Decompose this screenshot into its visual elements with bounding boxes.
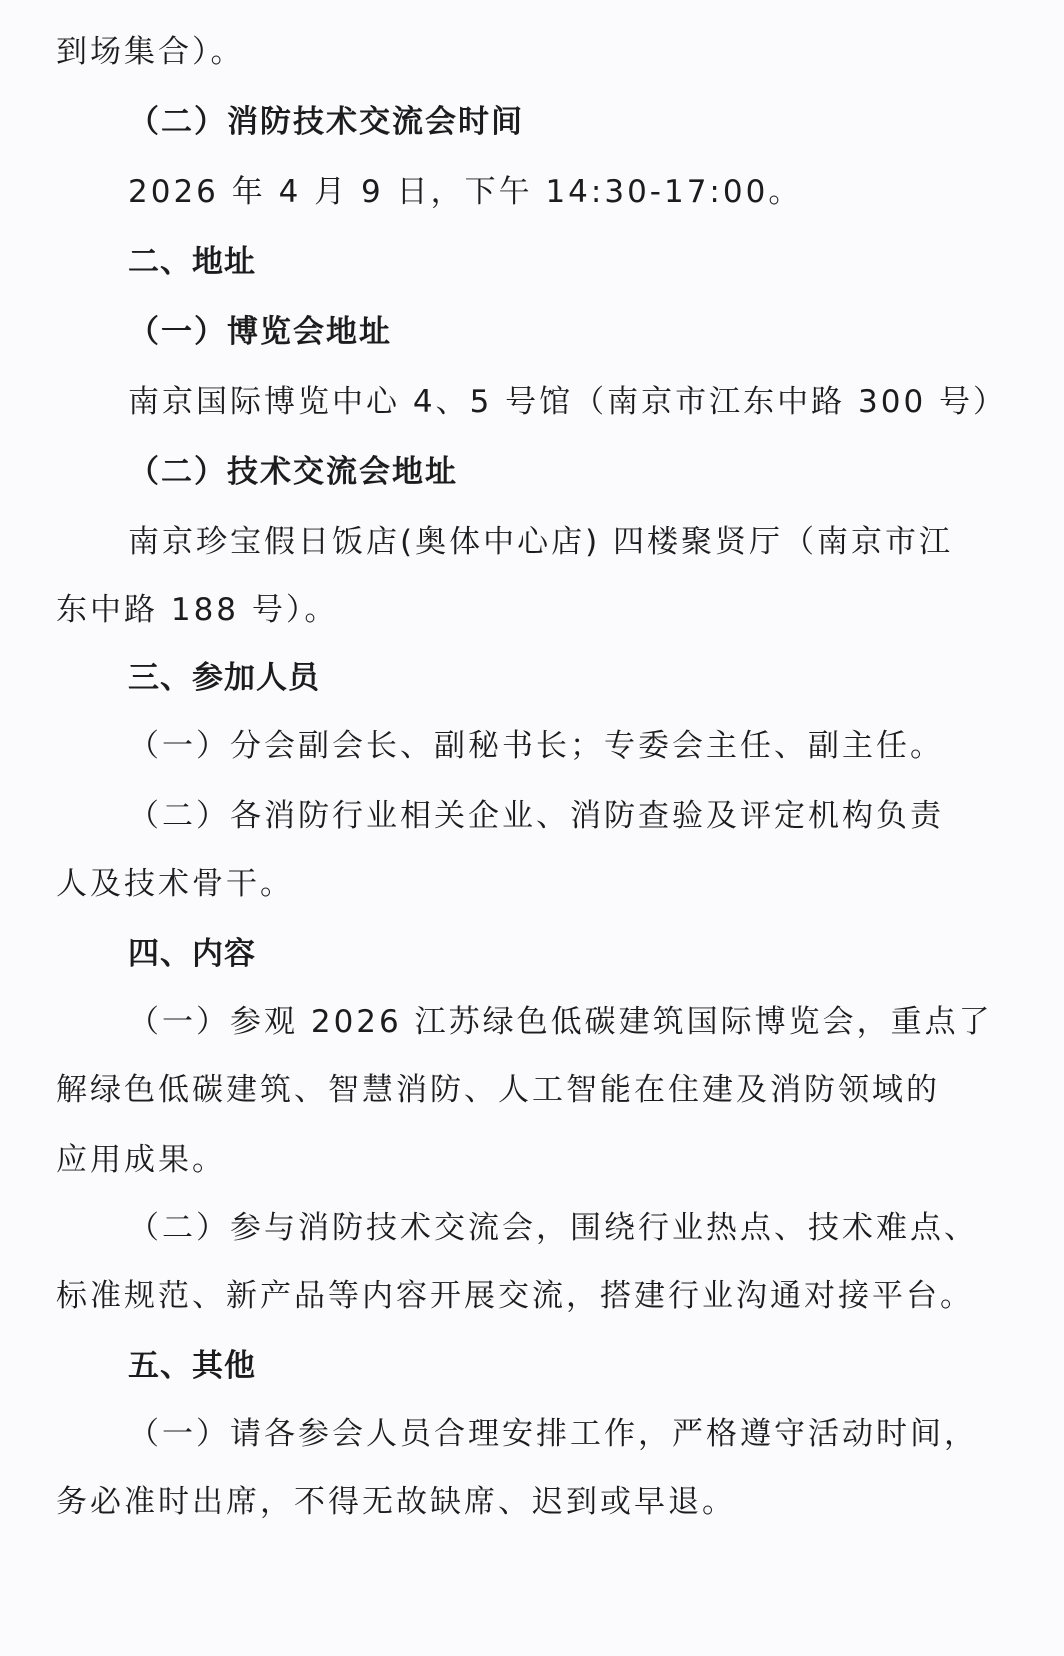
section-heading-other: 五、其他 [128, 1346, 256, 1386]
participants-item-1: （一）分会副会长、副秘书长；专委会主任、副主任。 [128, 726, 944, 766]
content-item-1: （一）参观 2026 江苏绿色低碳建筑国际博览会，重点了 [128, 1002, 993, 1042]
exchange-time-text: 2026 年 4 月 9 日，下午 14:30-17:00。 [128, 172, 802, 212]
section-heading-address: 二、地址 [128, 242, 256, 282]
paragraph-continuation: 到场集合）。 [56, 32, 245, 72]
content-item-2: （二）参与消防技术交流会，围绕行业热点、技术难点、 [128, 1208, 978, 1248]
section-heading-content: 四、内容 [128, 934, 256, 974]
other-item-1: （一）请各参会人员合理安排工作，严格遵守活动时间， [128, 1414, 978, 1454]
exchange-address-continuation: 东中路 188 号）。 [56, 590, 338, 630]
content-item-1-continuation: 解绿色低碳建筑、智慧消防、人工智能在住建及消防领域的 [56, 1070, 940, 1110]
content-item-1-continuation-2: 应用成果。 [56, 1140, 226, 1180]
subheading-exchange-address: （二）技术交流会地址 [128, 452, 458, 492]
participants-item-2-continuation: 人及技术骨干。 [56, 864, 294, 904]
content-item-2-continuation: 标准规范、新产品等内容开展交流，搭建行业沟通对接平台。 [56, 1276, 974, 1316]
participants-item-2: （二）各消防行业相关企业、消防查验及评定机构负责 [128, 796, 944, 836]
subheading-expo-address: （一）博览会地址 [128, 312, 392, 352]
expo-address-text: 南京国际博览中心 4、5 号馆（南京市江东中路 300 号） [128, 382, 1007, 422]
exchange-address-text: 南京珍宝假日饭店(奥体中心店) 四楼聚贤厅（南京市江 [128, 522, 953, 562]
subheading-exchange-time: （二）消防技术交流会时间 [128, 102, 524, 142]
other-item-1-continuation: 务必准时出席，不得无故缺席、迟到或早退。 [56, 1482, 736, 1522]
document-page: 到场集合）。 （二）消防技术交流会时间 2026 年 4 月 9 日，下午 14… [0, 0, 1064, 1656]
section-heading-participants: 三、参加人员 [128, 658, 320, 698]
